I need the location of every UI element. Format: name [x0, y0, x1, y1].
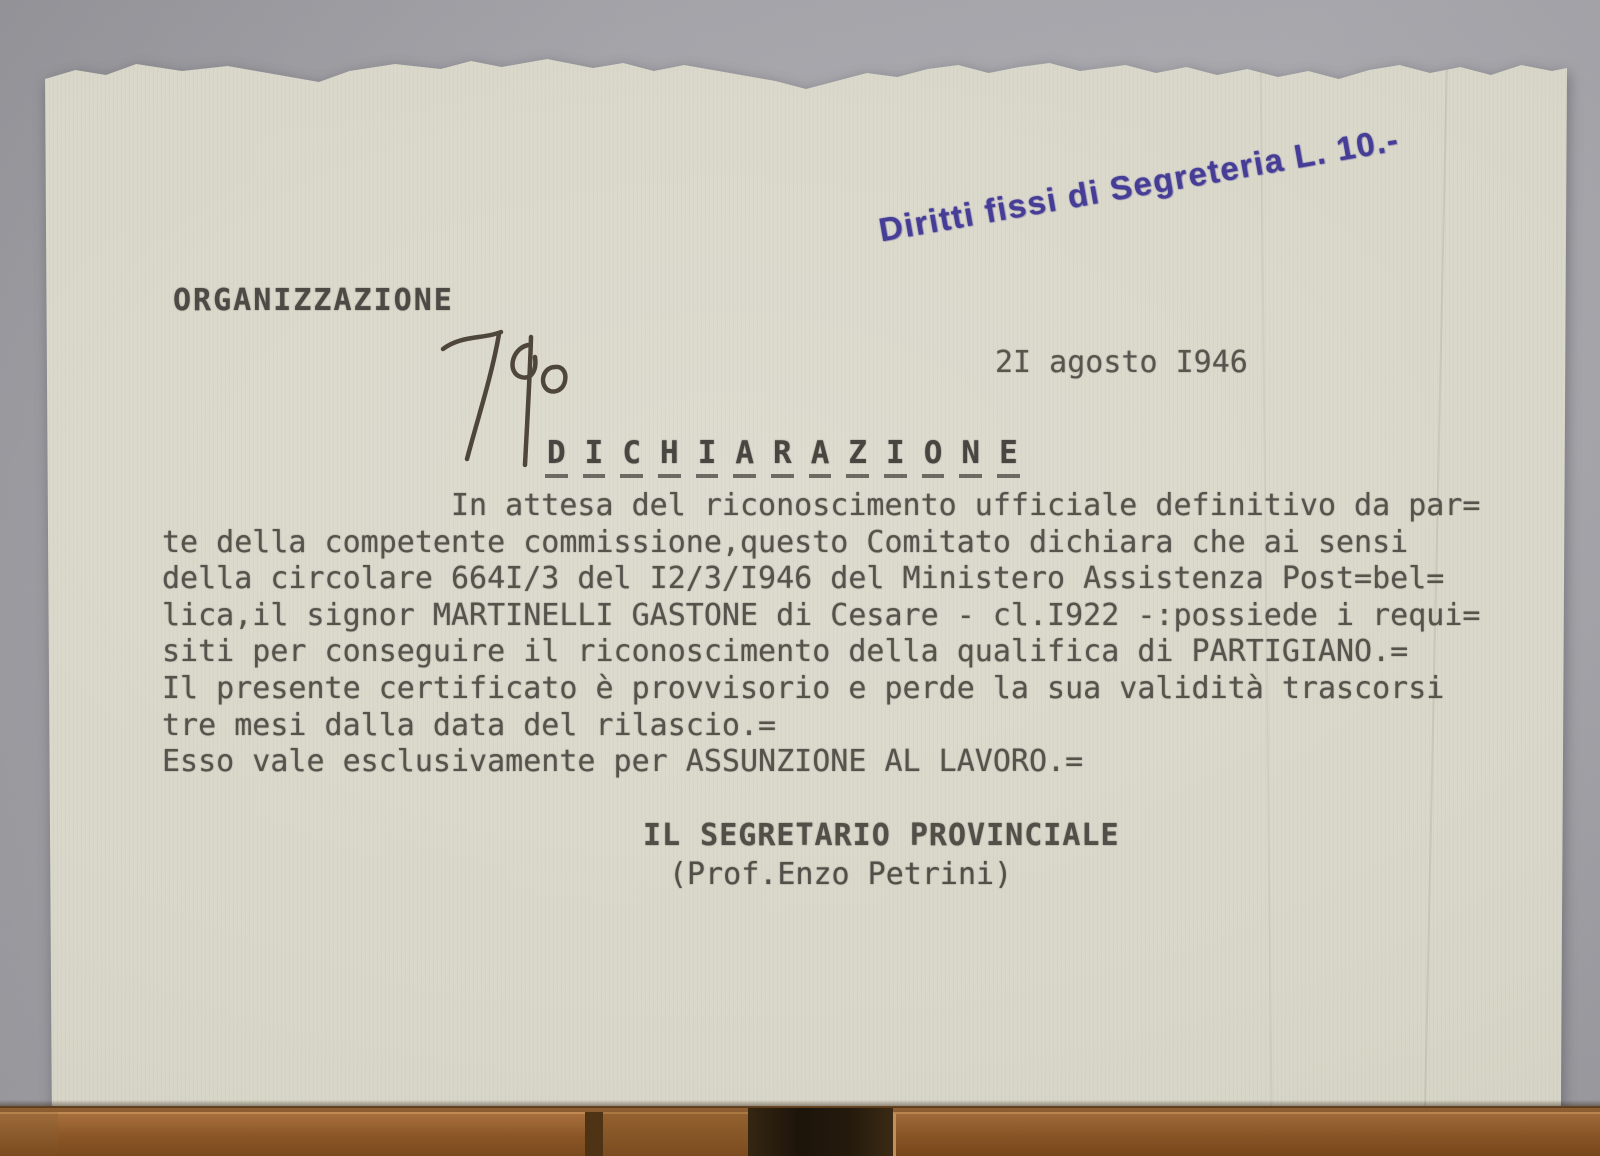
title-letter: N — [959, 435, 982, 478]
organization-label: ORGANIZZAZIONE — [173, 283, 454, 318]
title-letter: I — [884, 435, 907, 478]
typed-line: della circolare 664I/3 del I2/3/I946 del… — [162, 561, 1481, 598]
typed-line: Il presente certificato è provvisorio e … — [162, 671, 1481, 708]
signature-name: (Prof.Enzo Petrini) — [669, 857, 1120, 892]
title-letter: H — [658, 435, 681, 478]
wood-block — [0, 1112, 58, 1156]
fee-stamp: Diritti fissi di Segreteria L. 10.- — [876, 115, 1434, 250]
document-body: In attesa del riconoscimento ufficiale d… — [162, 488, 1481, 781]
title-letter: I — [696, 435, 719, 478]
title-letter: Z — [846, 435, 869, 478]
document-sheet: Diritti fissi di Segreteria L. 10.- ORGA… — [45, 55, 1567, 1112]
title-letter: D — [545, 435, 568, 478]
title-letter: A — [809, 435, 832, 478]
wood-block — [893, 1112, 1600, 1156]
document-date: 2I agosto I946 — [995, 345, 1248, 380]
signature-role: IL SEGRETARIO PROVINCIALE — [643, 818, 1120, 853]
title-letter: I — [583, 435, 606, 478]
paper-surface: Diritti fissi di Segreteria L. 10.- ORGA… — [45, 55, 1567, 1112]
typed-line: siti per conseguire il riconoscimento de… — [162, 634, 1481, 671]
typed-line: tre mesi dalla data del rilascio.= — [162, 708, 1481, 745]
wood-block — [603, 1112, 748, 1156]
title-letter: C — [620, 435, 643, 478]
document-title: DICHIARAZIONE — [545, 435, 1035, 478]
typed-line: In attesa del riconoscimento ufficiale d… — [162, 488, 1481, 525]
wood-gap — [748, 1108, 893, 1156]
wood-seam — [585, 1112, 603, 1156]
title-letter: E — [997, 435, 1020, 478]
title-letter: O — [922, 435, 945, 478]
title-letter: R — [771, 435, 794, 478]
typed-line: lica,il signor MARTINELLI GASTONE di Ces… — [162, 598, 1481, 635]
signature-block: IL SEGRETARIO PROVINCIALE (Prof.Enzo Pet… — [643, 818, 1120, 892]
typed-line: te della competente commissione,questo C… — [162, 525, 1481, 562]
title-letter: A — [733, 435, 756, 478]
typed-line: Esso vale esclusivamente per ASSUNZIONE … — [162, 744, 1481, 781]
paper-shadow — [0, 1100, 1600, 1108]
wood-block — [58, 1112, 585, 1156]
